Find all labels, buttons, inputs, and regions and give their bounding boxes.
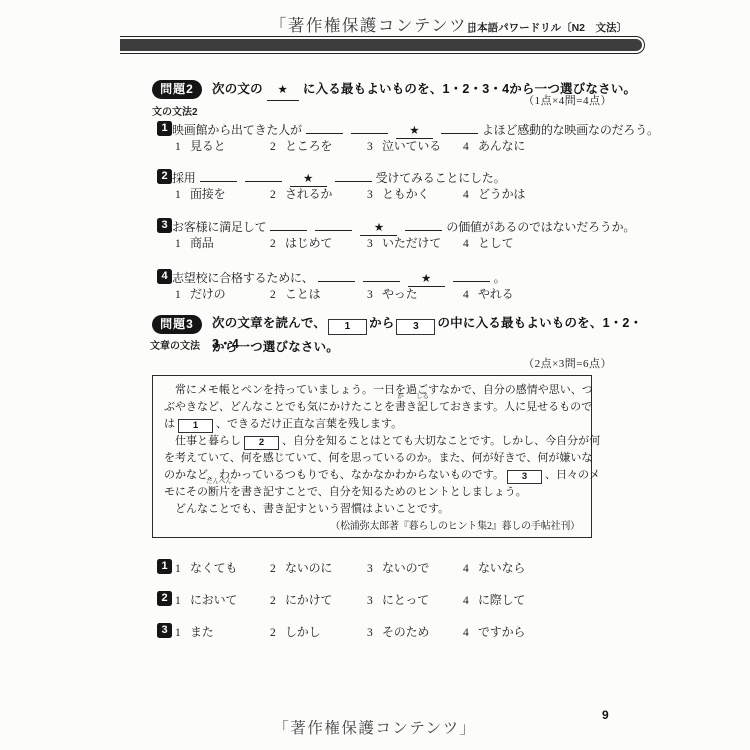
- q1-stem-pre: 映画館から出てきた人が: [172, 123, 302, 137]
- choice-number: 1: [175, 141, 190, 153]
- ruby-kanji: 記しる: [417, 399, 428, 416]
- footer-copyright-title: 「著作権保護コンテンツ」: [100, 716, 650, 738]
- passage-line: 仕事と暮らし2、自分を知ることはとても大切なことです。しかし、今自分が何: [164, 433, 580, 450]
- blank-line: [245, 168, 282, 182]
- choice-number: 3: [367, 563, 382, 575]
- fill-in-box-1: 1: [178, 419, 213, 433]
- choice-number: 2: [270, 627, 285, 639]
- choice-number: 4: [463, 189, 478, 201]
- a2-choice-1[interactable]: 1において: [175, 591, 270, 608]
- blank-line: [318, 268, 355, 282]
- q3-choice-2[interactable]: 2はじめて: [270, 234, 367, 251]
- a1-choice-4[interactable]: 4ないなら: [463, 559, 525, 576]
- a1-choice-1[interactable]: 1なくても: [175, 559, 270, 576]
- blank-line: [351, 120, 388, 134]
- choice-text: あんなに: [478, 139, 525, 153]
- choice-number: 4: [463, 595, 478, 607]
- choice-number: 3: [367, 627, 382, 639]
- choice-number: 1: [175, 595, 190, 607]
- q2-choice-3[interactable]: 3ともかく: [367, 185, 463, 202]
- choice-text: どうかは: [478, 187, 525, 201]
- fill-in-box-2: 2: [244, 436, 279, 450]
- q2-choices-row: 1面接を 2されるか 3ともかく 4どうかは: [175, 185, 525, 202]
- q4-stem-pre: 志望校に合格するために、: [172, 271, 314, 285]
- choice-text: ところを: [285, 139, 332, 153]
- q1-choice-3[interactable]: 3泣いている: [367, 137, 463, 154]
- q4-choice-4[interactable]: 4やれる: [463, 285, 513, 302]
- header-edition-label: 日本語パワードリル〔N2 文法〕: [467, 20, 627, 35]
- choice-text: 商品: [190, 236, 214, 250]
- mondai3-instruction-pre: 次の文章を読んで、: [212, 316, 326, 330]
- passage-text: しておきます。人に見せるもので: [428, 401, 592, 413]
- fill-in-box-3: 3: [507, 470, 542, 484]
- mondai2-sublabel: 文の文法2: [152, 103, 198, 118]
- mondai3-instruction-mid: から: [369, 316, 394, 330]
- q2-choice-1[interactable]: 1面接を: [175, 185, 270, 202]
- a3-choice-1[interactable]: 1また: [175, 623, 270, 640]
- choice-number: 3: [367, 189, 382, 201]
- blank-line: [200, 168, 237, 182]
- choice-text: ことは: [285, 287, 320, 301]
- passage-line: を考えていて、何を感じていて、何を思っているのか。また、何が好きで、何が嫌いな: [164, 450, 580, 467]
- q3-choices-row: 1商品 2はじめて 3いただけて 4として: [175, 234, 513, 251]
- choice-number: 3: [367, 238, 382, 250]
- choice-text: にかけて: [285, 593, 332, 607]
- passage-text: 、自分を知ることはとても大切なことです。しかし、今自分が何: [282, 435, 600, 447]
- boxed-number-3: 3: [396, 319, 435, 335]
- blank-line: [306, 120, 343, 134]
- ruby-kanji: 書か: [395, 399, 406, 416]
- star-symbol: ★: [278, 84, 289, 96]
- q3-number-badge: 3: [157, 218, 172, 233]
- ruby-furigana: だんぺん: [206, 479, 232, 486]
- q1-choice-1[interactable]: 1見ると: [175, 137, 270, 154]
- choice-number: 4: [463, 141, 478, 153]
- q4-stem-post: 。: [494, 271, 506, 285]
- a1-choice-2[interactable]: 2ないのに: [270, 559, 367, 576]
- mondai3-badge: 問題3: [152, 315, 202, 334]
- choice-text: ないなら: [478, 561, 525, 575]
- q2-number-badge: 2: [157, 169, 172, 184]
- choice-number: 2: [270, 189, 285, 201]
- blank-line: [335, 168, 372, 182]
- q3-stem-pre: お客様に満足して: [172, 220, 266, 234]
- boxed-number-1: 1: [328, 319, 367, 335]
- choice-text: において: [190, 593, 237, 607]
- mondai2-badge: 問題2: [152, 80, 202, 99]
- a2-choices-row: 1において 2にかけて 3にとって 4に際して: [175, 591, 525, 608]
- choice-text: いただけて: [382, 236, 441, 250]
- blank-line: [441, 120, 478, 134]
- choice-number: 2: [270, 289, 285, 301]
- choice-text: ないので: [382, 561, 429, 575]
- passage-text: 、できるだけ正直な言葉を残します。: [216, 418, 402, 430]
- choice-text: に際して: [478, 593, 525, 607]
- choice-number: 1: [175, 289, 190, 301]
- q3-choice-3[interactable]: 3いただけて: [367, 234, 463, 251]
- mondai3-points: （2点×3問=6点）: [523, 355, 612, 371]
- blank-line: [363, 268, 400, 282]
- choice-text: ともかく: [382, 187, 429, 201]
- mondai2-instruction-pre: 次の文の: [212, 82, 263, 96]
- choice-number: 2: [270, 141, 285, 153]
- mondai3-sublabel: 文章の文法: [150, 337, 200, 352]
- ruby-furigana: しる: [416, 394, 429, 401]
- a2-choice-2[interactable]: 2にかけて: [270, 591, 367, 608]
- choice-number: 4: [463, 238, 478, 250]
- ruby-kanji: 断片だんぺん: [208, 484, 230, 501]
- header-ribbon-fill: [120, 39, 642, 51]
- choice-text: 見ると: [190, 139, 225, 153]
- choice-text: また: [190, 625, 214, 639]
- textbook-page: 「著作権保護コンテンツ」 日本語パワードリル〔N2 文法〕 問題2 次の文の★に…: [0, 0, 750, 750]
- a3-choice-4[interactable]: 4ですから: [463, 623, 525, 640]
- q1-stem-post: よほど感動的な映画なのだろう。: [482, 123, 659, 137]
- q2-choice-2[interactable]: 2されるか: [270, 185, 367, 202]
- q4-number-badge: 4: [157, 269, 172, 284]
- star-blank-underline: ★: [267, 81, 299, 101]
- q3-choice-4[interactable]: 4として: [463, 234, 513, 251]
- choice-number: 4: [463, 289, 478, 301]
- choice-number: 1: [175, 627, 190, 639]
- choice-text: そのため: [382, 625, 429, 639]
- mondai2-points: （1点×4問=4点）: [523, 92, 612, 108]
- ruby-base: 断片: [208, 486, 230, 498]
- choice-number: 2: [270, 563, 285, 575]
- reading-passage-box: 常にメモ帳とペンを持っていましょう。一日を過ごすなかで、自分の感情や思い、つ ぶ…: [152, 375, 592, 538]
- q4-choice-1[interactable]: 1だけの: [175, 285, 270, 302]
- a2-number-badge: 2: [157, 591, 172, 606]
- ruby-furigana: か: [397, 394, 404, 401]
- a2-choice-4[interactable]: 4に際して: [463, 591, 525, 608]
- a3-choice-3[interactable]: 3そのため: [367, 623, 463, 640]
- passage-line: 常にメモ帳とペンを持っていましょう。一日を過ごすなかで、自分の感情や思い、つ: [164, 382, 580, 399]
- choice-text: はじめて: [285, 236, 332, 250]
- q3-choice-1[interactable]: 1商品: [175, 234, 270, 251]
- choice-number: 1: [175, 238, 190, 250]
- mondai3-instruction-line2: から一つ選びなさい。: [212, 338, 339, 357]
- a3-number-badge: 3: [157, 623, 172, 638]
- a1-choices-row: 1なくても 2ないのに 3ないので 4ないなら: [175, 559, 525, 576]
- blank-line: [453, 268, 490, 282]
- header-ribbon-bar: [120, 36, 645, 54]
- passage-text: き: [406, 401, 417, 413]
- ruby-base: 書: [395, 401, 406, 413]
- choice-text: なくても: [190, 561, 237, 575]
- choice-number: 1: [175, 563, 190, 575]
- a1-number-badge: 1: [157, 559, 172, 574]
- choice-text: にとって: [382, 593, 429, 607]
- ruby-base: 記: [417, 401, 428, 413]
- q4-choice-2[interactable]: 2ことは: [270, 285, 367, 302]
- choice-text: ないのに: [285, 561, 332, 575]
- q1-choices-row: 1見ると 2ところを 3泣いている 4あんなに: [175, 137, 525, 154]
- passage-text: 、日々のメ: [545, 469, 600, 481]
- q2-choice-4[interactable]: 4どうかは: [463, 185, 525, 202]
- choice-number: 4: [463, 563, 478, 575]
- passage-text: ぶやきなど、どんなことでも気にかけたことを: [164, 401, 395, 413]
- passage-line: モにその断片だんぺんを書き記すことで、自分を知るためのヒントとしましょう。: [164, 484, 580, 501]
- page-number: 9: [602, 708, 609, 722]
- q4-choices-row: 1だけの 2ことは 3やった 4やれる: [175, 285, 513, 302]
- q1-number-badge: 1: [157, 121, 172, 136]
- passage-line: どんなことでも、書き記すという習慣はよいことです。: [164, 501, 580, 518]
- q1-choice-2[interactable]: 2ところを: [270, 137, 367, 154]
- choice-text: しかし: [285, 625, 320, 639]
- choice-text: 泣いている: [382, 139, 441, 153]
- blank-line: [405, 217, 442, 231]
- blank-line: [315, 217, 352, 231]
- choice-number: 2: [270, 238, 285, 250]
- choice-text: だけの: [190, 287, 225, 301]
- choice-text: やった: [382, 287, 417, 301]
- passage-line: ぶやきなど、どんなことでも気にかけたことを書かき記しるしておきます。人に見せるも…: [164, 399, 580, 416]
- choice-number: 1: [175, 189, 190, 201]
- choice-text: として: [478, 236, 513, 250]
- passage-attribution: （松浦弥太郎著『暮らしのヒント集2』暮しの手帖社刊）: [164, 518, 580, 535]
- q2-stem-pre: 採用: [172, 171, 196, 185]
- choice-number: 3: [367, 289, 382, 301]
- choice-text: ですから: [478, 625, 525, 639]
- choice-number: 3: [367, 141, 382, 153]
- choice-number: 3: [367, 595, 382, 607]
- q4-choice-3[interactable]: 3やった: [367, 285, 463, 302]
- q1-choice-4[interactable]: 4あんなに: [463, 137, 525, 154]
- a2-choice-3[interactable]: 3にとって: [367, 591, 463, 608]
- passage-text: を書き記すことで、自分を知るためのヒントとしましょう。: [230, 486, 527, 498]
- q3-stem-post: の価値があるのではないだろうか。: [446, 220, 635, 234]
- choice-number: 2: [270, 595, 285, 607]
- a3-choice-2[interactable]: 2しかし: [270, 623, 367, 640]
- passage-line: は1、できるだけ正直な言葉を残します。: [164, 416, 580, 433]
- a3-choices-row: 1また 2しかし 3そのため 4ですから: [175, 623, 525, 640]
- choice-number: 4: [463, 627, 478, 639]
- choice-text: やれる: [478, 287, 513, 301]
- a1-choice-3[interactable]: 3ないので: [367, 559, 463, 576]
- passage-text: は: [164, 418, 175, 430]
- blank-line: [270, 217, 307, 231]
- passage-text: モにその: [164, 486, 208, 498]
- choice-text: 面接を: [190, 187, 225, 201]
- q2-stem-post: 受けてみることにした。: [376, 171, 506, 185]
- passage-text: 仕事と暮らし: [175, 435, 241, 447]
- choice-text: されるか: [285, 187, 332, 201]
